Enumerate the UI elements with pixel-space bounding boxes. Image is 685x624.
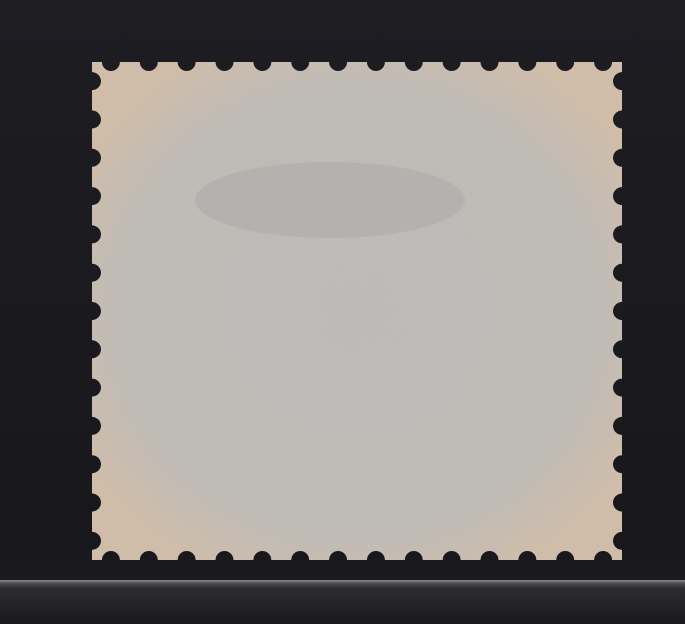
photo-scene bbox=[0, 0, 685, 624]
hinge-remnant bbox=[195, 162, 465, 238]
stamp bbox=[0, 0, 685, 624]
paper-texture bbox=[80, 40, 640, 580]
